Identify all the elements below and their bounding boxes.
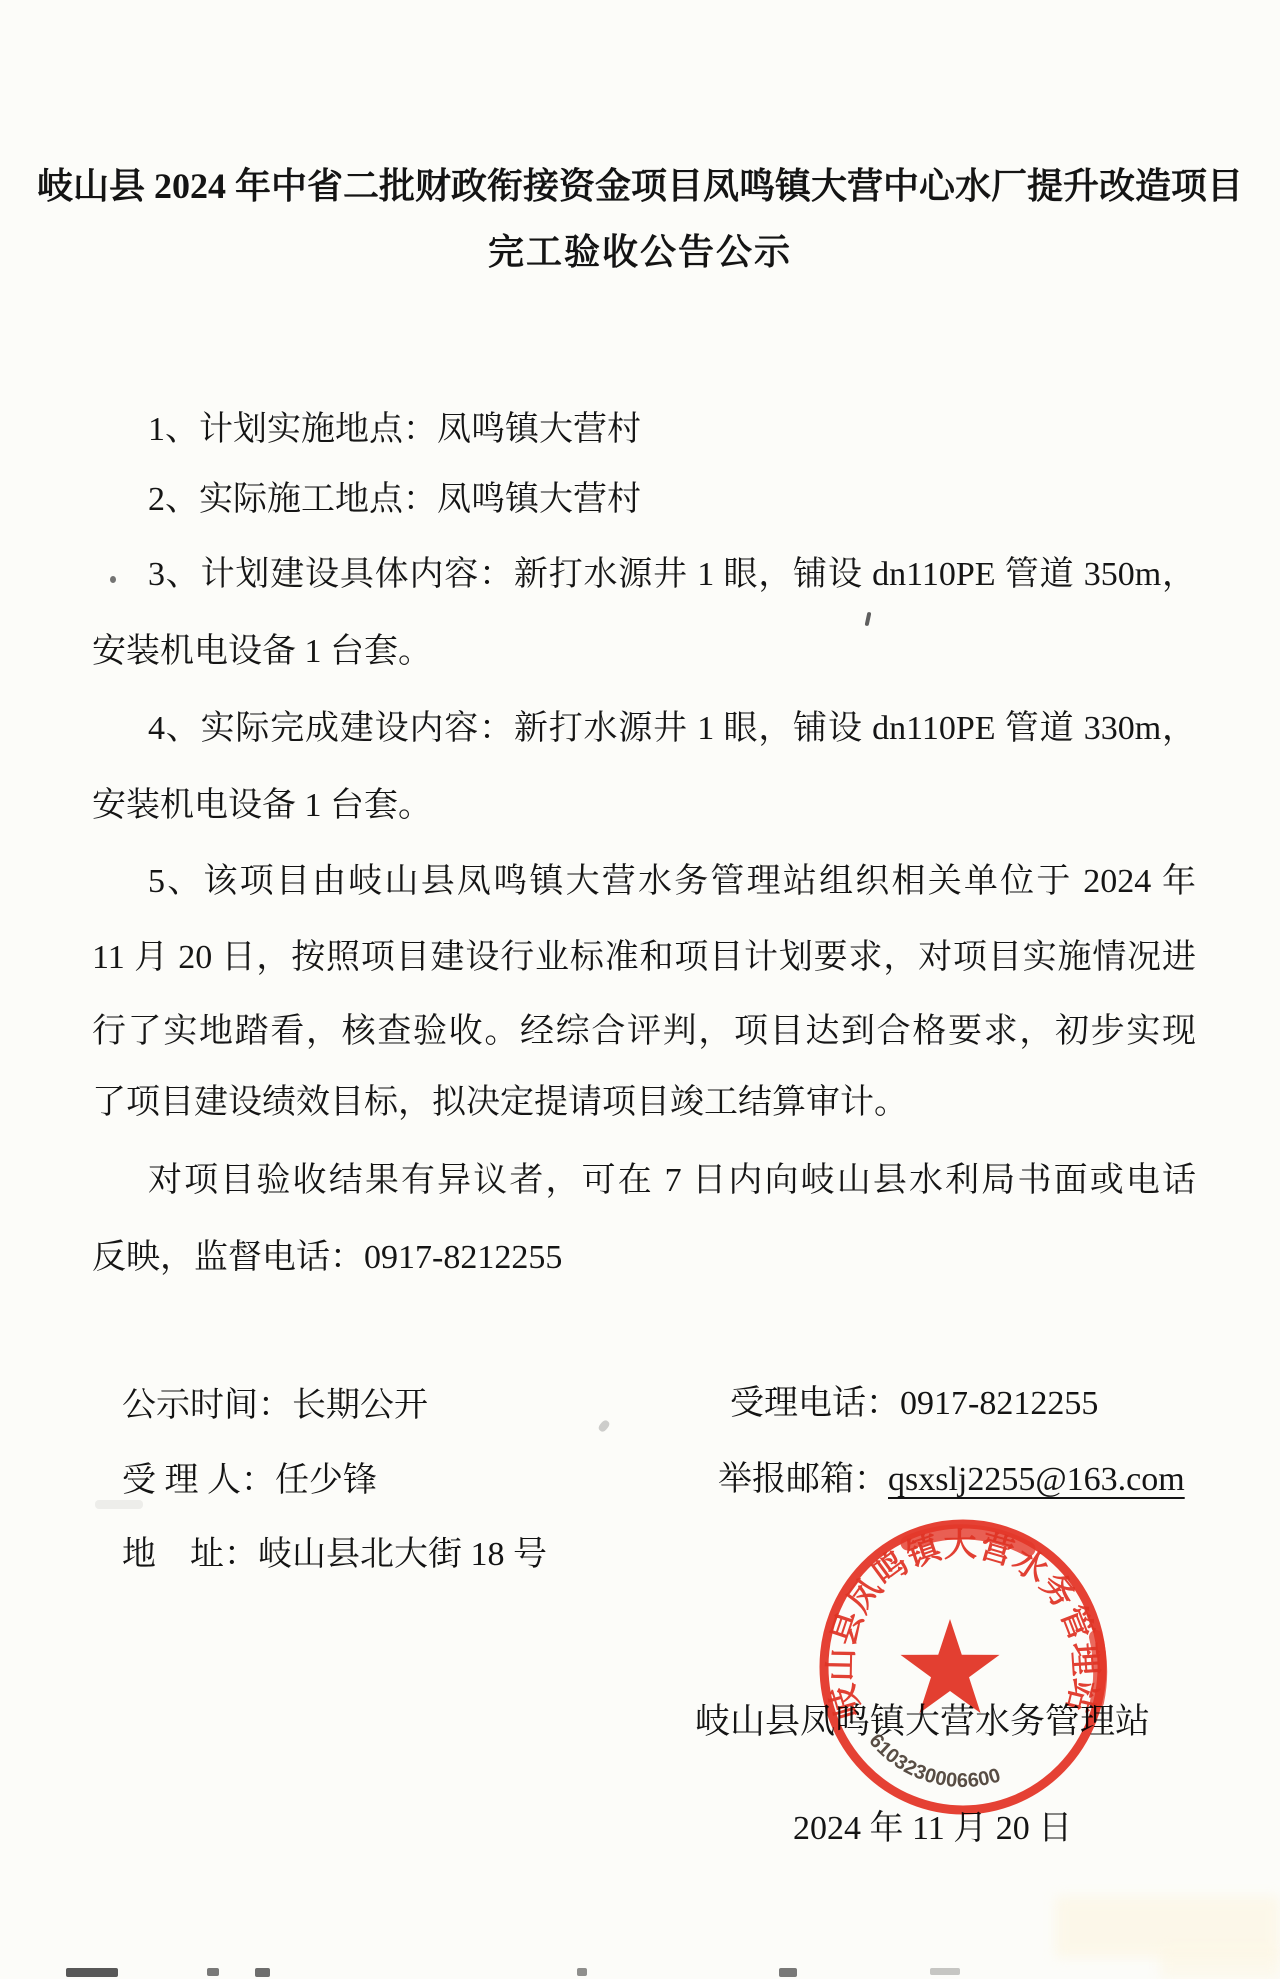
body-line-objection-2: 反映，监督电话：0917-8212255 (92, 1237, 1196, 1279)
official-seal: 岐山县凤鸣镇大营水务管理站 6103230006600 (813, 1517, 1113, 1817)
scan-artifact-dot (110, 576, 116, 583)
scan-edge-smudge (577, 1968, 587, 1976)
address-row: 地 址：岐山县北大街 18 号 (122, 1526, 547, 1575)
scan-cream-patch (1160, 1950, 1280, 1979)
scan-edge-smudge (66, 1968, 118, 1977)
publicity-period-label: 公示时间： (122, 1387, 292, 1424)
body-line-acceptance-2: 11 月 20 日，按照项目建设行业标准和项目计划要求，对项目实施情况进 (92, 937, 1196, 979)
scan-artifact-smear (95, 1500, 143, 1509)
star-icon (901, 1619, 1000, 1713)
body-line-acceptance-4: 了项目建设绩效目标，拟决定提请项目竣工结算审计。 (92, 1082, 1196, 1124)
report-email-row: 举报邮箱：qsxslj2255@163.com (718, 1451, 1185, 1500)
body-line-actual-content-1: 4、实际完成建设内容：新打水源井 1 眼，铺设 dn110PE 管道 330m， (92, 708, 1196, 750)
scan-edge-smudge (207, 1968, 219, 1976)
scan-edge-smudge (255, 1968, 270, 1977)
publicity-period-value: 长期公开 (292, 1387, 428, 1424)
report-email-label: 举报邮箱： (718, 1461, 888, 1498)
body-line-plan-content-1: 3、计划建设具体内容：新打水源井 1 眼，铺设 dn110PE 管道 350m， (92, 554, 1196, 596)
body-line-actual-location: 2、实际施工地点：凤鸣镇大营村 (92, 479, 1196, 521)
scan-cream-patch (1055, 1896, 1280, 1958)
scan-artifact-mark (597, 1419, 611, 1433)
report-email-value: qsxslj2255@163.com (888, 1461, 1185, 1498)
body-line-actual-content-2: 安装机电设备 1 台套。 (92, 785, 1196, 827)
handler-label: 受 理 人： (122, 1462, 275, 1499)
accept-phone-value: 0917-8212255 (900, 1385, 1098, 1422)
scan-artifact-mark (865, 612, 872, 627)
handler-value: 任少锋 (275, 1462, 377, 1499)
publicity-period-row: 公示时间：长期公开 (122, 1377, 428, 1426)
handler-row: 受 理 人：任少锋 (122, 1452, 377, 1501)
body-line-objection-1: 对项目验收结果有异议者，可在 7 日内向岐山县水利局书面或电话 (92, 1160, 1196, 1202)
scan-edge-smudge (930, 1968, 960, 1975)
body-line-acceptance-1: 5、该项目由岐山县凤鸣镇大营水务管理站组织相关单位于 2024 年 (92, 861, 1196, 903)
document-title-line1: 岐山县 2024 年中省二批财政衔接资金项目凤鸣镇大营中心水厂提升改造项目 (0, 158, 1280, 209)
document-title-line2: 完工验收公告公示 (0, 224, 1280, 275)
body-line-plan-content-2: 安装机电设备 1 台套。 (92, 631, 1196, 673)
address-value: 岐山县北大街 18 号 (258, 1536, 547, 1573)
accept-phone-row: 受理电话：0917-8212255 (730, 1375, 1098, 1424)
accept-phone-label: 受理电话： (730, 1385, 900, 1422)
address-label: 地 址： (122, 1536, 258, 1573)
scan-edge-smudge (779, 1968, 797, 1977)
body-line-acceptance-3: 行了实地踏看，核查验收。经综合评判，项目达到合格要求，初步实现 (92, 1011, 1196, 1053)
body-line-plan-location: 1、计划实施地点：凤鸣镇大营村 (92, 409, 1196, 451)
